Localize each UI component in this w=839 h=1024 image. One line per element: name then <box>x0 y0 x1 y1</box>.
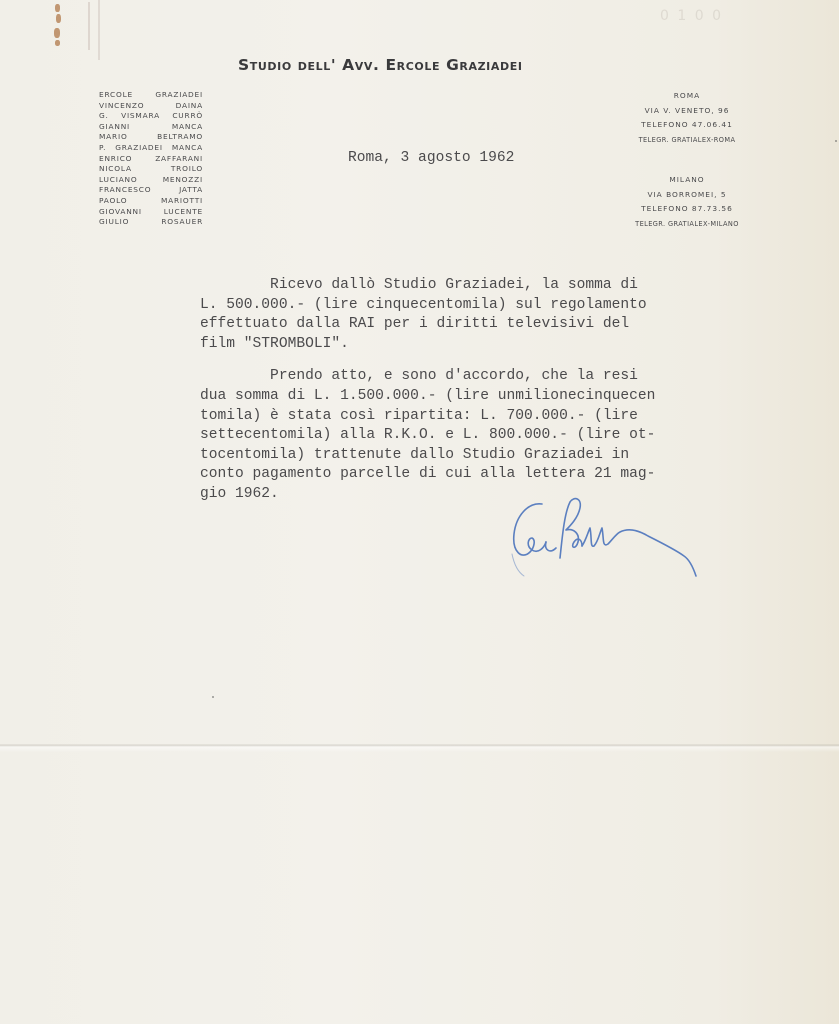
office-address: Via Borromei, 5 <box>597 188 777 203</box>
partner-name: Mario Beltramo <box>99 132 203 143</box>
text-line: gio 1962. <box>200 486 279 502</box>
partner-name: G. Vismara Currò <box>99 111 203 122</box>
partner-name: Giovanni Lucente <box>99 207 203 218</box>
office-milano: Milano Via Borromei, 5 Telefono 87.73.56… <box>597 173 777 231</box>
text-line: settecentomila) alla R.K.O. e L. 800.000… <box>200 427 655 443</box>
text-line: Ricevo dallò Studio Graziadei, la somma … <box>200 277 638 293</box>
paper-crease <box>98 0 100 60</box>
paragraph-receipt: Ricevo dallò Studio Graziadei, la somma … <box>200 276 740 354</box>
letterhead-title: Studio dell' Avv. Ercole Graziadei <box>238 56 523 74</box>
rust-stain <box>56 14 61 23</box>
text-line: conto pagamento parcelle di cui alla let… <box>200 466 655 482</box>
text-line: tomila) è stata così ripartita: L. 700.0… <box>200 408 638 424</box>
text-line: Prendo atto, e sono d'accordo, che la re… <box>200 368 638 384</box>
text-line: L. 500.000.- (lire cinquecentomila) sul … <box>200 297 647 313</box>
ink-speck <box>835 140 837 142</box>
office-roma: Roma Via V. Veneto, 96 Telefono 47.06.41… <box>597 89 777 147</box>
text-line: tocentomila) trattenute dallo Studio Gra… <box>200 447 629 463</box>
partner-name: Vincenzo Daina <box>99 101 203 112</box>
partner-name: Nicola Troilo <box>99 164 203 175</box>
paragraph-acknowledgment: Prendo atto, e sono d'accordo, che la re… <box>200 367 740 504</box>
paper-sheet: 0 1 0 0 Studio dell' Avv. Ercole Graziad… <box>0 0 839 1024</box>
partner-name: Giulio Rosauer <box>99 217 203 228</box>
partner-name: Francesco Jatta <box>99 185 203 196</box>
text-line: dua somma di L. 1.500.000.- (lire unmili… <box>200 388 655 404</box>
partners-list: Ercole Graziadei Vincenzo Daina G. Visma… <box>99 90 203 228</box>
partner-name: P. Graziadei Manca <box>99 143 203 154</box>
text-line: effettuato dalla RAI per i diritti telev… <box>200 316 629 332</box>
partner-name: Paolo Mariotti <box>99 196 203 207</box>
rust-stain <box>55 40 60 46</box>
office-telephone: Telefono 87.73.56 <box>597 202 777 217</box>
partner-name: Ercole Graziadei <box>99 90 203 101</box>
office-address: Via V. Veneto, 96 <box>597 104 777 119</box>
partner-name: Enrico Zaffarani <box>99 154 203 165</box>
partner-name: Luciano Menozzi <box>99 175 203 186</box>
handwritten-signature <box>508 494 708 578</box>
office-telegraph: Telegr. Gratialex-Milano <box>597 217 777 232</box>
letter-body: Ricevo dallò Studio Graziadei, la somma … <box>200 276 740 518</box>
letter-date: Roma, 3 agosto 1962 <box>348 150 514 166</box>
rust-stain <box>54 28 60 38</box>
rust-stain <box>55 4 60 12</box>
ink-speck <box>212 696 214 698</box>
office-telephone: Telefono 47.06.41 <box>597 118 777 133</box>
text-line: film "STROMBOLI". <box>200 336 349 352</box>
office-city: Milano <box>597 173 777 188</box>
office-city: Roma <box>597 89 777 104</box>
office-telegraph: Telegr. Gratialex-Roma <box>597 133 777 148</box>
paper-crease <box>88 2 90 50</box>
partner-name: Gianni Manca <box>99 122 203 133</box>
faint-stamp: 0 1 0 0 <box>660 8 723 24</box>
